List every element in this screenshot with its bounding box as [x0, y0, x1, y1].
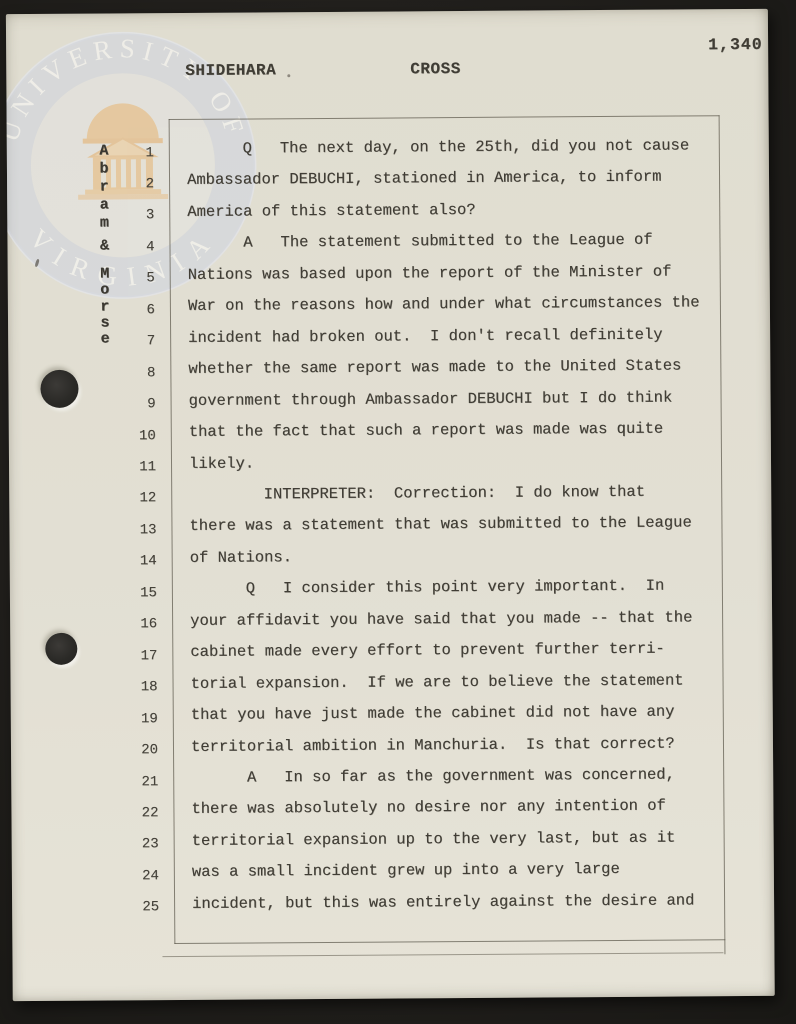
scan-viewer-background: UNIVERSITY OF VIRGINIA SHIDEHARA CROSS 1…	[0, 0, 796, 1024]
transcript-line: Nations was based upon the report of the…	[188, 256, 672, 290]
line-number: 21	[114, 767, 158, 798]
transcript-line: territorial ambition in Manchuria. Is th…	[191, 728, 675, 762]
transcript-line: incident, but this was entirely against …	[192, 885, 695, 920]
line-number: 19	[114, 704, 158, 735]
ink-tick	[34, 259, 39, 268]
line-number: 15	[113, 578, 157, 609]
line-number: 23	[115, 830, 159, 861]
page-number: 1,340	[708, 35, 763, 54]
witness-name: SHIDEHARA	[185, 61, 276, 80]
box-rule-bottom	[174, 939, 725, 944]
transcript-line: government through Ambassador DEBUCHI bu…	[188, 382, 672, 416]
line-number: 9	[111, 389, 155, 420]
transcript-line: of Nations.	[190, 542, 293, 574]
line-number: 17	[113, 641, 157, 672]
box-rule-right	[719, 115, 726, 954]
transcript-line: territorial expansion up to the very las…	[192, 822, 676, 856]
line-number: 22	[114, 798, 158, 829]
line-number-column: 1234567891011121314151617181920212223242…	[6, 9, 768, 14]
line-number: 10	[112, 421, 156, 452]
transcript-line: incident had broken out. I don't recall …	[188, 319, 663, 353]
line-number: 5	[111, 263, 155, 294]
transcript-line: Ambassador DEBUCHI, stationed in America…	[187, 162, 662, 196]
line-number: 25	[115, 892, 159, 923]
line-number: 18	[113, 672, 157, 703]
transcript-body: Q The next day, on the 25th, did you not…	[6, 9, 768, 14]
box-rule-underline	[162, 952, 723, 957]
line-number: 13	[112, 515, 156, 546]
line-number: 8	[111, 358, 155, 389]
transcript-line: your affidavit you have said that you ma…	[190, 602, 693, 637]
attorney-stamp-column: Abram&Morse	[6, 9, 768, 14]
hole-punch-top	[40, 370, 78, 408]
transcript-line: Q I consider this point very important. …	[190, 571, 665, 605]
box-rule-left	[169, 119, 176, 944]
line-number: 3	[110, 201, 154, 232]
transcript-line: likely.	[189, 448, 254, 479]
line-number: 2	[110, 169, 154, 200]
line-number: 16	[113, 609, 157, 640]
transcript-line: there was a statement that was submitted…	[189, 508, 692, 543]
line-number: 20	[114, 735, 158, 766]
line-number: 6	[111, 295, 155, 326]
transcript-line: torial expansion. If we are to believe t…	[190, 665, 683, 699]
transcript-line: War on the reasons how and under what ci…	[188, 288, 700, 323]
transcript-line: America of this statement also?	[187, 195, 476, 228]
transcript-line: A In so far as the government was concer…	[191, 760, 675, 794]
line-number: 14	[113, 546, 157, 577]
line-number: 1	[110, 138, 154, 169]
examination-type: CROSS	[410, 60, 461, 78]
ink-speck	[287, 74, 290, 77]
hole-punch-bottom	[45, 633, 77, 665]
transcript-line: INTERPRETER: Correction: I do know that	[189, 477, 645, 511]
box-rule-top	[169, 115, 720, 120]
transcript-line: Q The next day, on the 25th, did you not…	[187, 130, 690, 165]
scanned-page: UNIVERSITY OF VIRGINIA SHIDEHARA CROSS 1…	[6, 9, 775, 1001]
line-number: 24	[115, 861, 159, 892]
line-number: 12	[112, 484, 156, 515]
transcript-line: cabinet made every effort to prevent fur…	[190, 634, 665, 668]
transcript-line: there was absolutely no desire nor any i…	[191, 791, 666, 825]
line-number: 11	[112, 452, 156, 483]
transcript-line: that you have just made the cabinet did …	[191, 697, 675, 731]
transcript-line: whether the same report was made to the …	[188, 351, 681, 385]
line-number: 7	[111, 326, 155, 357]
transcript-line: was a small incident grew up into a very…	[192, 854, 620, 888]
transcript-line: A The statement submitted to the League …	[187, 225, 652, 259]
line-number: 4	[110, 232, 154, 263]
watermark-text-top: UNIVERSITY OF	[6, 32, 252, 145]
transcript-line: that the fact that such a report was mad…	[189, 414, 664, 448]
